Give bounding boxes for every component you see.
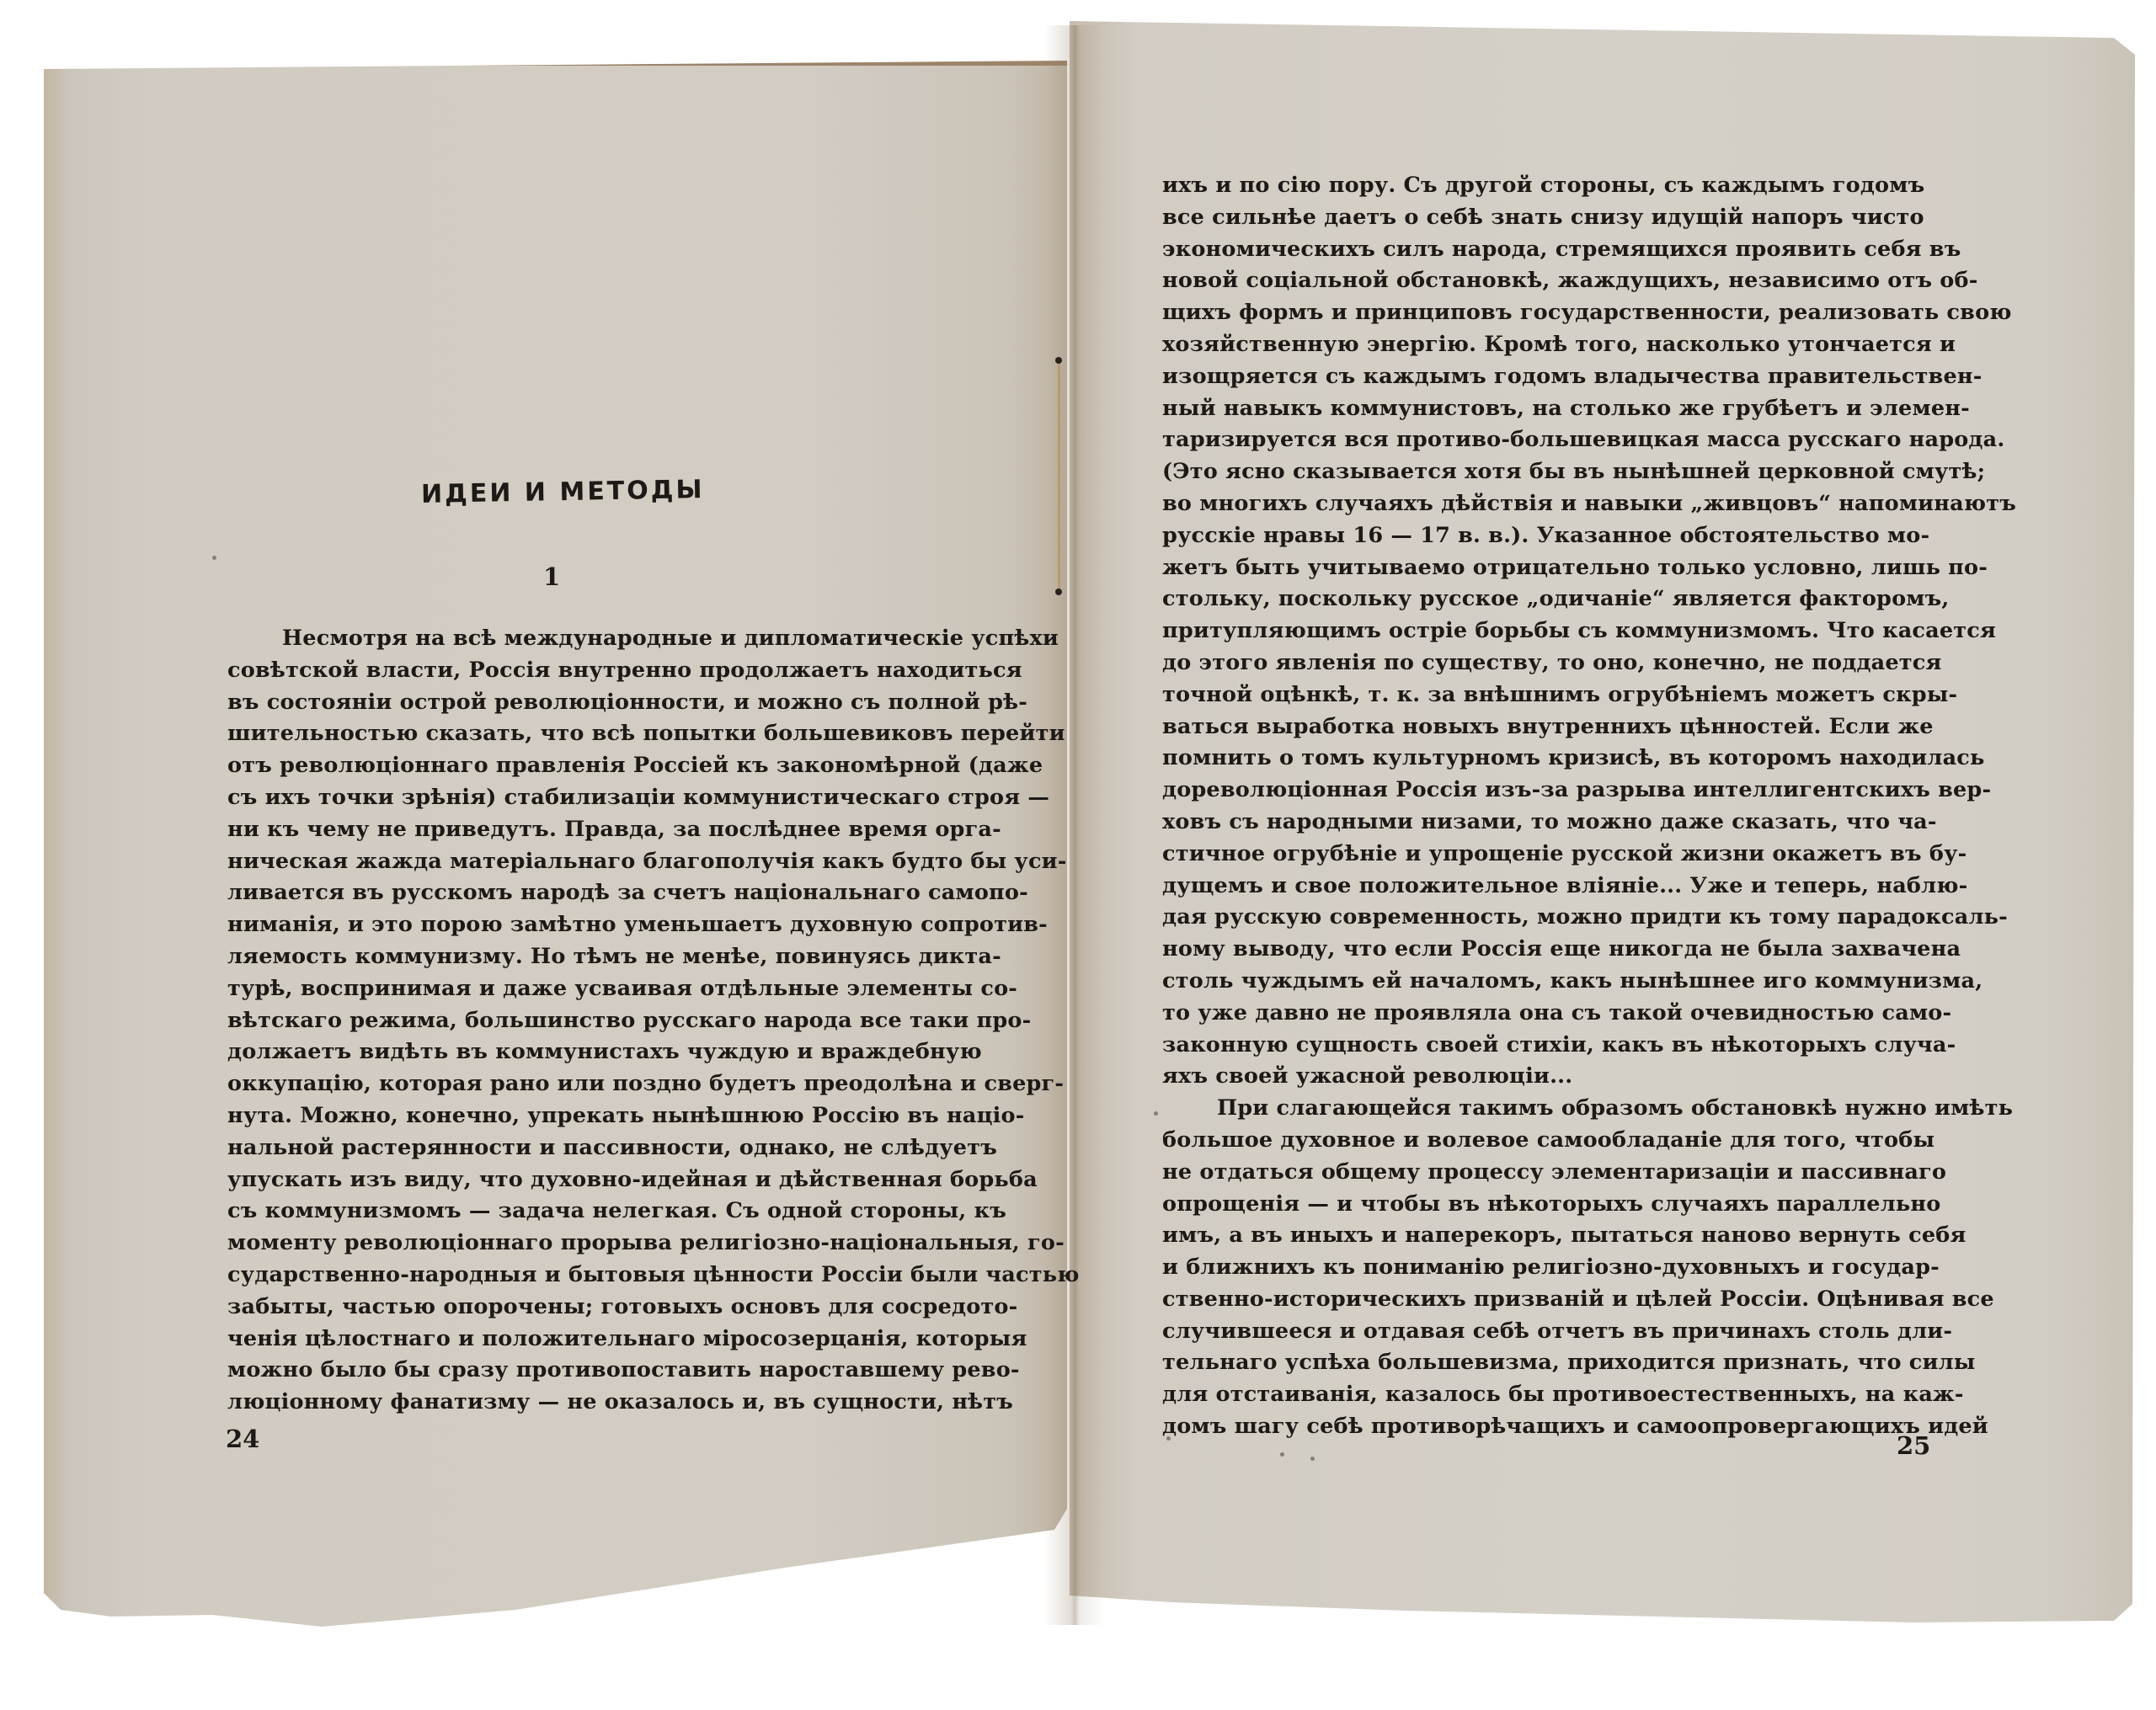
text-line: дущемъ и свое положительное вліяніе... У… [1162,871,1920,903]
text-line: забыты, частью опорочены; готовыхъ основ… [227,1292,947,1324]
text-line: имъ, а въ иныхъ и наперекоръ, пытаться н… [1162,1220,1920,1252]
text-line: изощряется съ каждымъ годомъ владычества… [1162,361,1920,393]
text-line: ный навыкъ коммунистовъ, на столько же г… [1162,393,1920,425]
text-line: столь чуждымъ ей началомъ, какъ нынѣшнее… [1162,966,1920,998]
text-line: во многихъ случаяхъ дѣйствія и навыки „ж… [1162,488,1920,520]
text-line: для отстаиванія, казалось бы противоесте… [1162,1379,1920,1411]
text-line: ническая жажда матеріальнаго благополучі… [227,846,947,878]
text-line: нута. Можно, конечно, упрекать нынѣшнюю … [227,1100,947,1132]
text-line: оккупацію, которая рано или поздно будет… [227,1068,947,1100]
text-line: таризируется вся противо-большевицкая ма… [1162,424,1920,456]
text-line: съ ихъ точки зрѣнія) стабилизаціи коммун… [227,782,947,814]
page-number-left: 24 [226,1425,259,1453]
section-number: 1 [543,562,560,591]
text-line: нальной растерянности и пассивности, одн… [227,1132,947,1164]
text-line: до этого явленія по существу, то оно, ко… [1162,647,1920,679]
text-line: большое духовное и волевое самообладаніе… [1162,1125,1920,1157]
text-line: тельнаго успѣха большевизма, приходится … [1162,1347,1920,1379]
text-line: ихъ и по сію пору. Съ другой стороны, съ… [1162,170,1920,202]
text-line: стичное огрубѣніе и упрощеніе русской жи… [1162,839,1920,871]
text-line: ченія цѣлостнаго и положительнаго міросо… [227,1324,947,1356]
text-line: ляемость коммунизму. Но тѣмъ не менѣе, п… [227,941,947,973]
text-line: люціонному фанатизму — не оказалось и, в… [227,1387,947,1419]
text-line: совѣтской власти, Россія внутренно продо… [227,655,947,687]
binding-stitch [1058,360,1060,592]
text-line: турѣ, воспринимая и даже усваивая отдѣль… [227,973,947,1005]
chapter-title: ИДЕИ И МЕТОДЫ [421,475,705,509]
text-line: дая русскую современность, можно придти … [1162,902,1920,934]
paper-speck [1280,1452,1284,1457]
page-number-right: 25 [1897,1431,1930,1460]
right-page-body: ихъ и по сію пору. Съ другой стороны, съ… [1162,170,1920,1443]
text-line: все сильнѣе даетъ о себѣ знать снизу иду… [1162,202,1920,234]
paper-speck [1310,1457,1315,1461]
text-line: жетъ быть учитываемо отрицательно только… [1162,552,1920,584]
text-line: случившееся и отдавая себѣ отчетъ въ при… [1162,1316,1920,1348]
open-book-spread: ИДЕИ И МЕТОДЫ 1 Несмотря на всѣ междунар… [0,0,2156,1710]
text-line: то уже давно не проявляла она съ такой о… [1162,998,1920,1030]
paper-speck [1166,1436,1171,1441]
text-line: (Это ясно сказывается хотя бы въ нынѣшне… [1162,456,1920,488]
text-line: хозяйственную энергію. Кромѣ того, наско… [1162,329,1920,361]
text-line: ливается въ русскомъ народѣ за счетъ нац… [227,877,947,909]
text-line: отъ революціоннаго правленія Россіей къ … [227,750,947,782]
text-line: ному выводу, что если Россія еще никогда… [1162,934,1920,966]
text-line: законную сущность своей стихіи, какъ въ … [1162,1030,1920,1062]
text-line: точной оцѣнкѣ, т. к. за внѣшнимъ огрубѣн… [1162,679,1920,711]
text-line: не отдаться общему процессу элементариза… [1162,1157,1920,1189]
book-gutter [1044,25,1103,1625]
text-line: русскіе нравы 16 — 17 в. в.). Указанное … [1162,520,1920,552]
paper-speck [212,556,216,560]
text-line: домъ шагу себѣ противорѣчащихъ и самоопр… [1162,1411,1920,1443]
paper-speck [1154,1111,1158,1116]
text-line: ховъ съ народными низами, то можно даже … [1162,807,1920,839]
text-line: опрощенія — и чтобы въ нѣкоторыхъ случая… [1162,1189,1920,1221]
text-line: новой соціальной обстановкѣ, жаждущихъ, … [1162,265,1920,297]
text-line: и ближнихъ къ пониманію религіозно-духов… [1162,1252,1920,1284]
text-line: вѣтскаго режима, большинство русскаго на… [227,1005,947,1037]
text-line: шительностью сказать, что всѣ попытки бо… [227,718,947,750]
text-line: дореволюціонная Россія изъ-за разрыва ин… [1162,775,1920,807]
text-line: упускать изъ виду, что духовно-идейная и… [227,1164,947,1196]
text-line: должаетъ видѣть въ коммунистахъ чуждую и… [227,1036,947,1068]
text-line: щихъ формъ и принциповъ государственност… [1162,297,1920,329]
text-line: можно было бы сразу противопоставить нар… [227,1355,947,1387]
text-line: притупляющимъ остріе борьбы съ коммунизм… [1162,615,1920,647]
text-line: экономическихъ силъ народа, стремящихся … [1162,234,1920,266]
text-line: въ состояніи острой революціонности, и м… [227,687,947,719]
text-line: Несмотря на всѣ международные и дипломат… [227,623,947,655]
text-line: ни къ чему не приведутъ. Правда, за посл… [227,814,947,846]
text-line: ниманія, и это порою замѣтно уменьшаетъ … [227,909,947,941]
text-line: сударственно-народныя и бытовыя цѣнности… [227,1260,947,1292]
text-line: съ коммунизмомъ — задача нелегкая. Съ од… [227,1196,947,1228]
text-line: моменту революціоннаго прорыва религіозн… [227,1228,947,1260]
text-line: При слагающейся такимъ образомъ обстанов… [1162,1093,1920,1125]
text-line: ваться выработка новыхъ внутреннихъ цѣнн… [1162,711,1920,743]
text-line: помнить о томъ культурномъ кризисѣ, въ к… [1162,743,1920,775]
text-line: стольку, поскольку русское „одичаніе“ яв… [1162,583,1920,615]
text-line: ственно-историческихъ призваній и цѣлей … [1162,1284,1920,1316]
left-page-body: Несмотря на всѣ международные и дипломат… [227,623,947,1419]
text-line: яхъ своей ужасной революціи... [1162,1061,1920,1093]
